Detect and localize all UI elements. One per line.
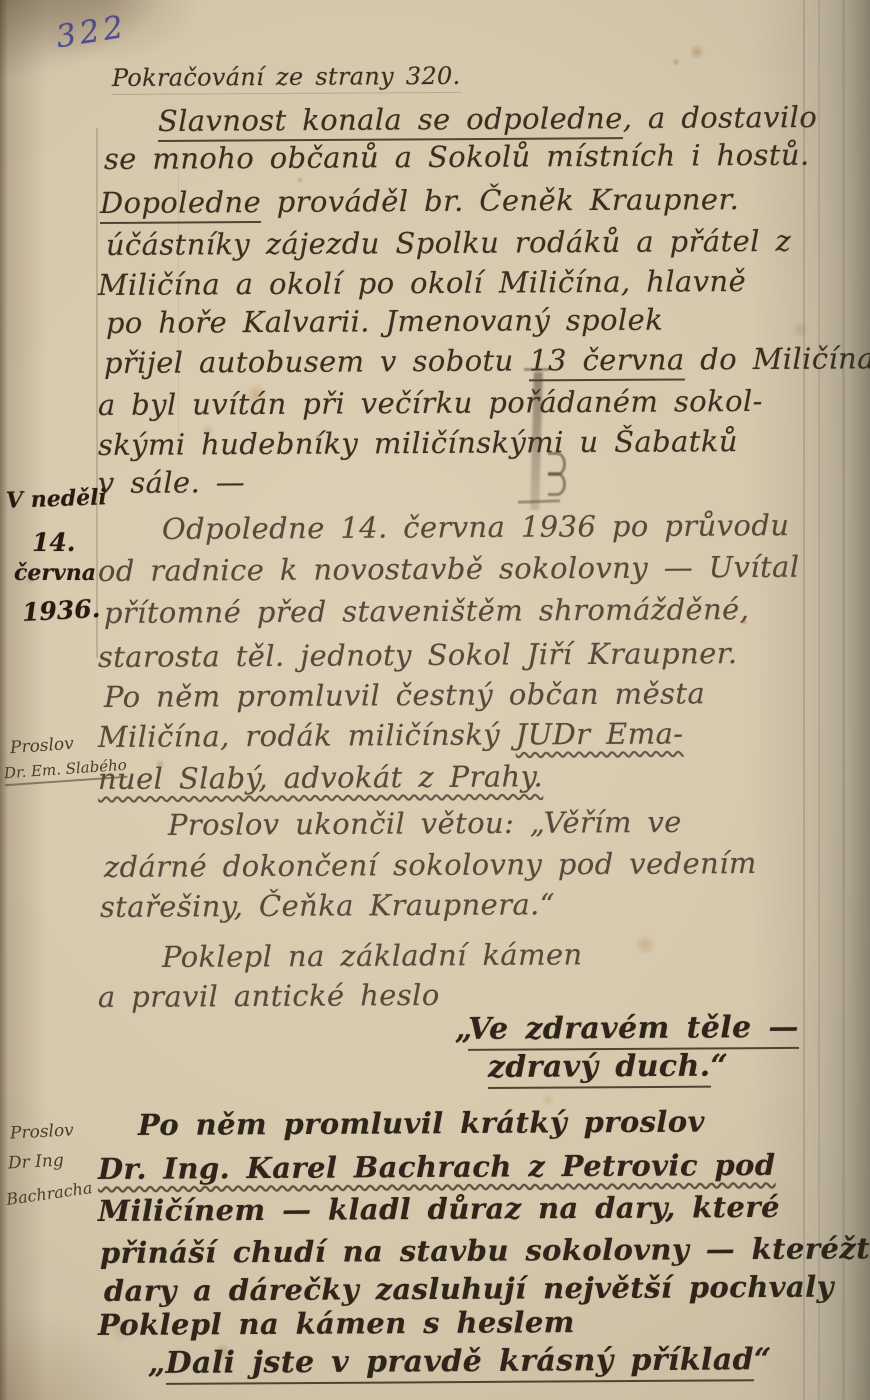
text-segment: , a dostavilo (623, 100, 818, 135)
text-line: Poklepl na kámen s heslem (98, 1305, 575, 1342)
text-line: účástníky zájezdu Spolku rodáků a přátel… (106, 224, 791, 262)
text-segment: Po něm promluvil čestný občan města (104, 676, 705, 714)
text-segment: dary a dárečky zasluhují největší pochva… (104, 1270, 834, 1308)
text-line: Dr. Ing. Karel Bachrach z Petrovic pod (98, 1148, 776, 1186)
text-segment: účástníky zájezdu Spolku rodáků a přátel… (106, 224, 791, 262)
text-segment: do Miličína, (684, 341, 870, 376)
underlined-phrase: Dopoledne (100, 185, 261, 224)
text-line: nuel Slabý, advokát z Prahy. (98, 759, 543, 796)
text-line: starosta těl. jednoty Sokol Jiří Kraupne… (98, 636, 738, 674)
text-line: Poklepl na základní kámen (162, 937, 583, 974)
page-curl-streak (818, 0, 820, 1400)
text-segment: přítomné před staveništěm shromážděné, (104, 592, 750, 630)
text-line: se mnoho občanů a Sokolů místních i host… (104, 138, 810, 176)
text-segment: se mnoho občanů a Sokolů místních i host… (104, 138, 810, 176)
text-line: přináší chudí na stavbu sokolovny — kter… (100, 1231, 870, 1270)
margin-note-date: 1936. (21, 594, 101, 627)
chronicle-page-scan: 322 Pokračování ze strany 320. Slavnost … (0, 0, 870, 1400)
text-line: přijel autobusem v sobotu 13 června do M… (104, 341, 870, 380)
text-segment: Poklepl na kámen s heslem (98, 1305, 575, 1342)
motto-line: zdravý duch.“ (488, 1049, 729, 1085)
text-line: stařešiny, Čeňka Kraupnera.“ (100, 887, 555, 924)
text-line: v sále. — (98, 465, 245, 500)
text-segment: stařešiny, Čeňka Kraupnera.“ (100, 887, 555, 924)
text-line: Po něm promluvil krátký proslov (138, 1105, 705, 1142)
text-line: Miličínem — kladl důraz na dary, které (98, 1190, 780, 1228)
text-segment: v sále. — (98, 465, 245, 500)
pencil-smudge-mark (548, 472, 566, 496)
underlined-phrase: 13 června (529, 342, 685, 381)
text-segment: skými hudebníky miličínskými u Šabatků (98, 424, 738, 462)
margin-note-date: června (14, 560, 96, 586)
text-line: a byl uvítán při večírku pořádaném sokol… (98, 384, 763, 422)
text-line: dary a dárečky zasluhují největší pochva… (104, 1270, 834, 1308)
text-segment: a pravil antické heslo (98, 978, 440, 1014)
text-segment: Miličína, rodák miličínský (98, 717, 516, 754)
text-segment: starosta těl. jednoty Sokol Jiří Kraupne… (98, 636, 738, 674)
page-curl-streak (803, 0, 805, 1400)
wavy-underlined-phrase: JUDr Ema- (516, 716, 684, 751)
underlined-phrase: Dali jste v pravdě krásný příklad (165, 1342, 754, 1385)
text-segment: prováděl br. Čeněk Kraupner. (261, 182, 739, 219)
quote-mark: “ (754, 1342, 772, 1377)
quote-mark: „ (455, 1012, 468, 1047)
text-line: zdárné dokončení sokolovny pod vedením (104, 846, 757, 884)
underlined-phrase: Slavnost konala se odpoledne (158, 101, 623, 142)
margin-note-date: V neděli (6, 484, 108, 514)
text-line: Odpoledne 14. června 1936 po průvodu (162, 508, 790, 546)
text-line: od radnice k novostavbě sokolovny — Uvít… (98, 550, 800, 588)
text-segment: Proslov ukončil větou: „Věřím ve (168, 805, 682, 842)
quote-mark: „ (148, 1346, 166, 1381)
text-line: Po něm promluvil čestný občan města (104, 676, 705, 714)
text-segment: Miličína a okolí po okolí Miličína, hlav… (98, 264, 746, 302)
text-segment: a byl uvítán při večírku pořádaném sokol… (98, 384, 763, 422)
text-line: Miličína a okolí po okolí Miličína, hlav… (98, 264, 746, 302)
text-line: Miličína, rodák miličínský JUDr Ema- (98, 716, 684, 754)
margin-note-speech-bachrach: Bachracha (5, 1178, 93, 1209)
page-edge-line (842, 0, 845, 1400)
header-line: Pokračování ze strany 320. (112, 62, 461, 95)
page-number: 322 (54, 9, 130, 56)
text-line: Dopoledne prováděl br. Čeněk Kraupner. (100, 182, 739, 220)
underlined-phrase: Ve zdravém těle — (468, 1010, 799, 1051)
wavy-underlined-phrase: nuel Slabý, advokát z Prahy. (98, 759, 543, 796)
text-segment: Poklepl na základní kámen (162, 937, 583, 974)
margin-note-date: 14. (32, 528, 76, 557)
underlined-phrase: zdravý duch. (488, 1049, 711, 1089)
text-line: skými hudebníky miličínskými u Šabatků (98, 424, 738, 462)
text-line: Slavnost konala se odpoledne, a dostavil… (158, 100, 817, 138)
motto-line: „Ve zdravém těle — (455, 1010, 799, 1047)
margin-note-speech-bachrach: Dr Ing (8, 1151, 65, 1174)
text-segment: Miličínem — kladl důraz na dary, které (98, 1190, 780, 1228)
margin-note-speech-slaby: Proslov (9, 734, 74, 758)
text-line: Proslov ukončil větou: „Věřím ve (168, 805, 682, 842)
margin-note-speech-bachrach: Proslov (10, 1120, 75, 1143)
text-line: a pravil antické heslo (98, 978, 440, 1014)
text-segment: přijel autobusem v sobotu (104, 343, 530, 380)
pencil-smudge-mark (518, 499, 560, 503)
text-segment: Odpoledne 14. června 1936 po průvodu (162, 508, 790, 546)
final-quote-line: „Dali jste v pravdě krásný příklad“ (148, 1342, 772, 1381)
text-line: přítomné před staveništěm shromážděné, (104, 592, 750, 630)
header-text: Pokračování ze strany 320. (112, 62, 461, 92)
text-line: po hoře Kalvarii. Jmenovaný spolek (106, 303, 663, 340)
text-segment: zdárné dokončení sokolovny pod vedením (104, 846, 757, 884)
text-segment: Po něm promluvil krátký proslov (138, 1105, 705, 1142)
wavy-underlined-phrase: Dr. Ing. Karel Bachrach z Petrovic pod (98, 1148, 776, 1186)
text-segment: přináší chudí na stavbu sokolovny — kter… (100, 1231, 870, 1270)
text-segment: od radnice k novostavbě sokolovny — Uvít… (98, 550, 800, 588)
quote-mark: “ (710, 1049, 728, 1084)
text-segment: po hoře Kalvarii. Jmenovaný spolek (106, 303, 663, 340)
